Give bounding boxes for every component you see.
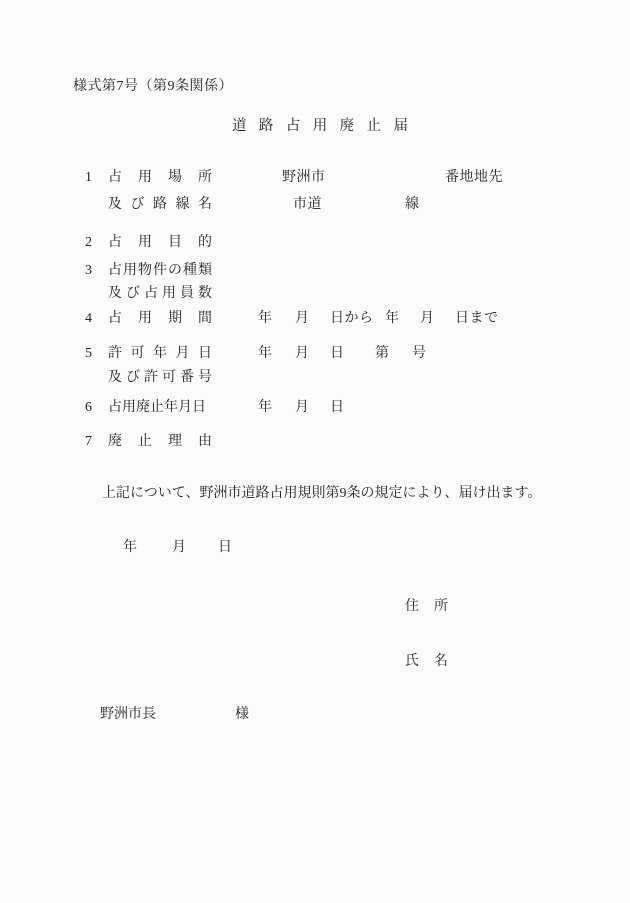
- item4-day-to-label: 日まで: [455, 311, 499, 326]
- item1-number: 1: [85, 170, 92, 185]
- item6-month-label: 月: [295, 400, 310, 415]
- item5-number: 5: [85, 346, 92, 361]
- item4-day-from-label: 日から: [330, 311, 374, 326]
- item6-year-label: 年: [258, 400, 273, 415]
- item1-city-value: 野洲市: [282, 170, 326, 185]
- document-title: 道路占用廃止届: [232, 119, 408, 135]
- item3-number: 3: [85, 263, 92, 278]
- honorific-label: 様: [235, 707, 250, 722]
- item4-year-from-label: 年: [258, 311, 273, 326]
- item4-number: 4: [85, 311, 92, 326]
- item2-label: 占用目的: [108, 235, 212, 250]
- item3-label-line1: 占用物件の種類: [108, 263, 212, 278]
- name-label: 氏 名: [405, 654, 449, 669]
- item5-year-label: 年: [258, 346, 273, 361]
- form-number: 様式第7号（第9条関係）: [73, 79, 233, 94]
- mayor-label: 野洲市長: [100, 707, 156, 722]
- item6-number: 6: [85, 400, 92, 415]
- date-year-label: 年: [123, 540, 138, 555]
- item5-permit-number-prefix: 第: [375, 346, 390, 361]
- item4-label: 占用期間: [108, 311, 212, 326]
- date-day-label: 日: [218, 540, 233, 555]
- item1-address-suffix: 番地地先: [445, 170, 503, 185]
- item4-year-to-label: 年: [385, 311, 400, 326]
- item6-day-label: 日: [330, 400, 345, 415]
- item2-number: 2: [85, 235, 92, 250]
- item7-label: 廃止理由: [108, 434, 212, 449]
- item4-month-to-label: 月: [420, 311, 435, 326]
- item1-road-prefix: 市道: [293, 197, 322, 212]
- item4-month-from-label: 月: [295, 311, 310, 326]
- item3-label-line2: 及び占用員数: [108, 286, 212, 301]
- item1-road-suffix: 線: [405, 197, 420, 212]
- document-page: 様式第7号（第9条関係） 道路占用廃止届 1 占用場所 野洲市 番地地先 及び路…: [0, 0, 630, 903]
- item5-label-line1: 許可年月日: [108, 346, 212, 361]
- item5-label-line2: 及び許可番号: [108, 370, 212, 385]
- address-label: 住 所: [405, 599, 449, 614]
- item5-permit-number-suffix: 号: [412, 346, 427, 361]
- item1-label-line2: 及び路線名: [108, 197, 212, 212]
- item1-label-line1: 占用場所: [108, 170, 212, 185]
- item5-month-label: 月: [295, 346, 310, 361]
- closing-statement: 上記について、野洲市道路占用規則第9条の規定により、届け出ます。: [102, 486, 541, 501]
- item6-label: 占用廃止年月日: [108, 400, 206, 415]
- item7-number: 7: [85, 434, 92, 449]
- item5-day-label: 日: [330, 346, 345, 361]
- date-month-label: 月: [172, 540, 187, 555]
